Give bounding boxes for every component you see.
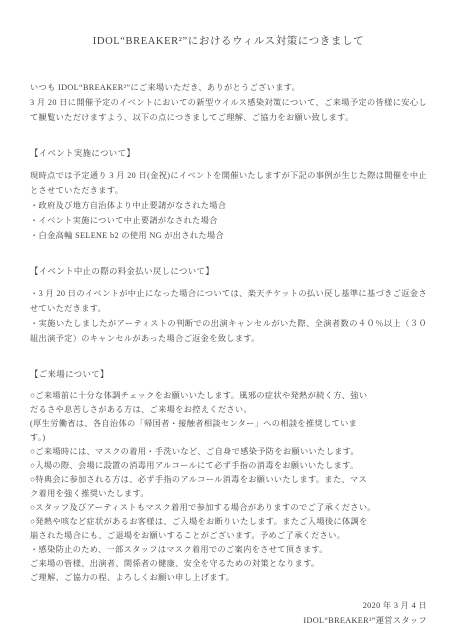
section-text-line: ○入場の際、会場に設置の消毒用アルコールにて必ず手指の消毒をお願いいたします。 [30,459,427,473]
section-text-line: ○発熱や咳など症状があるお客様は、ご入場をお断りいたします。またご入場後に体調を [30,515,427,529]
section-text-line: (厚生労働省は、各自治体の「帰国者・接触者相談センター」への相談を推奨していま [30,417,427,431]
section-body: 現時点では予定通り 3 月 20 日(金祝)にイベントを開催いたしますが下記の事… [30,168,427,243]
section-body: ・3 月 20 日のイベントが中止になった場合については、楽天チケットの払い戻し… [30,286,427,346]
section-heading-event-implementation: 【イベント実施について】 [30,146,427,161]
section-text-line: ○ご来場前に十分な体調チェックをお願いいたします。風邪の症状や発熱が続く方、強い [30,389,427,403]
section-refund-policy: 【イベント中止の際の料金払い戻しについて】 ・3 月 20 日のイベントが中止に… [30,264,427,346]
notice-document-page: IDOL“BREAKER²”におけるウィルス対策につきまして いつも IDOL“… [0,0,452,640]
section-heading-visitor-guidelines: 【ご来場について】 [30,367,427,382]
intro-line-greeting: いつも IDOL“BREAKER²”にご来場いただき、ありがとうございます。 [30,80,427,95]
section-text-line: ・イベント実施について中止要請がなされた場合 [30,213,427,228]
section-visitor-guidelines: 【ご来場について】 ○ご来場前に十分な体調チェックをお願いいたします。風邪の症状… [30,367,427,585]
section-text-line: ・白金高輪 SELENE b2 の使用 NG が出された場合 [30,228,427,243]
section-text-line: ○ご来場時には、マスクの着用・手洗いなど、ご自身で感染予防をお願いいたします。 [30,445,427,459]
footer-signature: IDOL“BREAKER²”運営スタッフ [30,613,427,628]
section-heading-refund-policy: 【イベント中止の際の料金払い戻しについて】 [30,264,427,279]
section-text-line: ご来場の皆様、出演者、関係者の健康、安全を守るための対策となります。 [30,557,427,571]
section-text-line: ○特典会に参加される方は、必ず手指のアルコール消毒をお願いいたします。また、マス [30,473,427,487]
section-text-line: ・政府及び地方自治体より中止要請がなされた場合 [30,198,427,213]
section-text-line: ・実施いたしましたがアーティストの判断での出演キャンセルがいた際、全演者数の４０… [30,316,427,346]
section-event-implementation: 【イベント実施について】 現時点では予定通り 3 月 20 日(金祝)にイベント… [30,146,427,243]
section-text-line: す。) [30,431,427,445]
section-body: ○ご来場前に十分な体調チェックをお願いいたします。風邪の症状や発熱が続く方、強い… [30,389,427,585]
section-text-line: ○スタッフ及びアーティストもマスク着用で参加する場合がありますのでご了承ください… [30,501,427,515]
section-text-line: 崩された場合にも、ご退場をお願いすることがございます。予めご了承ください。 [30,529,427,543]
section-text-line: だるさや息苦しさがある方は、ご来場をお控えください。 [30,403,427,417]
document-title: IDOL“BREAKER²”におけるウィルス対策につきまして [30,34,427,49]
section-text-line: ・感染防止のため、一部スタッフはマスク着用でのご案内をさせて頂きます。 [30,543,427,557]
intro-line-purpose: 3 月 20 日に開催予定のイベントにおいての新型ウイルス感染対策について、ご来… [30,95,427,125]
document-footer: 2020 年 3 月 4 日 IDOL“BREAKER²”運営スタッフ [30,598,427,628]
section-text-line: 現時点では予定通り 3 月 20 日(金祝)にイベントを開催いたしますが下記の事… [30,168,427,198]
section-text-line: ク着用を強く推奨いたします。 [30,487,427,501]
intro-paragraph: いつも IDOL“BREAKER²”にご来場いただき、ありがとうございます。 3… [30,80,427,125]
section-text-line: ・3 月 20 日のイベントが中止になった場合については、楽天チケットの払い戻し… [30,286,427,316]
section-text-line: ご理解、ご協力の程、よろしくお願い申し上げます。 [30,571,427,585]
footer-date: 2020 年 3 月 4 日 [30,598,427,613]
